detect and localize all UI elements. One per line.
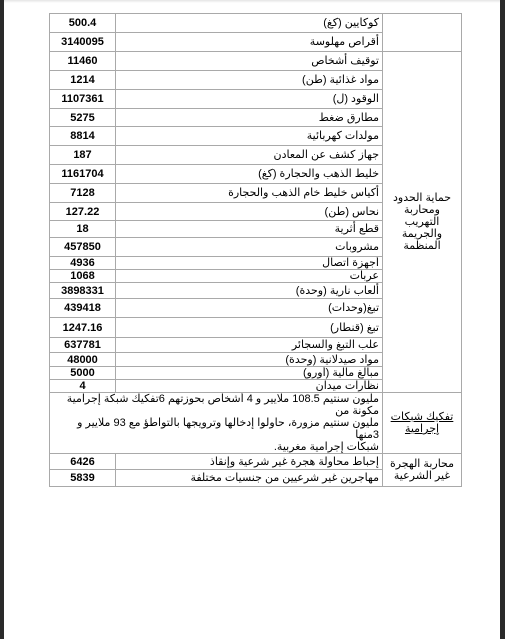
item-value: 48000	[50, 353, 116, 367]
item-value: 439418	[50, 299, 116, 318]
item-value: 1214	[50, 71, 116, 90]
item-value: 1107361	[50, 90, 116, 109]
item-value: 5000	[50, 367, 116, 380]
item-label: علب التبغ والسجائر	[116, 338, 383, 353]
category-cell	[383, 14, 462, 52]
item-value: 4936	[50, 257, 116, 270]
item-label: قطع أثرية	[116, 221, 383, 238]
item-value: 18	[50, 221, 116, 238]
category-label: حماية الحدود ومحاربة التهريب والجريمة ال…	[393, 192, 451, 252]
item-value: 7128	[50, 184, 116, 203]
item-value: 5839	[50, 470, 116, 487]
item-label: أقراص مهلوسة	[116, 33, 383, 52]
description-line: مليون سنتيم مزورة، حاولوا إدخالها وترويج…	[53, 417, 379, 441]
item-value: 127.22	[50, 203, 116, 221]
item-label: مواد صيدلانية (وحدة)	[116, 353, 383, 367]
item-label: جهاز كشف عن المعادن	[116, 146, 383, 165]
item-label: أكياس خليط خام الذهب والحجارة	[116, 184, 383, 203]
item-value: 3898331	[50, 283, 116, 299]
item-value: 1068	[50, 270, 116, 283]
item-value: 11460	[50, 52, 116, 71]
category-label: محاربة الهجرة غير الشرعية	[390, 458, 454, 482]
item-label: مشروبات	[116, 238, 383, 257]
item-label: عربات	[116, 270, 383, 283]
item-value: 4	[50, 380, 116, 393]
table-row: محاربة الهجرة غير الشرعيةإحباط محاولة هج…	[50, 454, 462, 470]
category-cell: حماية الحدود ومحاربة التهريب والجريمة ال…	[383, 52, 462, 393]
network-dismantling-description: مليون سنتيم 108.5 ملايير و 4 أشخاص بحوزت…	[50, 393, 383, 454]
item-label: مطارق ضغط	[116, 109, 383, 127]
item-label: مواد غذائية (طن)	[116, 71, 383, 90]
table-row: حماية الحدود ومحاربة التهريب والجريمة ال…	[50, 52, 462, 71]
item-value: 5275	[50, 109, 116, 127]
item-label: إحباط محاولة هجرة غير شرعية وإنقاذ	[116, 454, 383, 470]
item-value: 8814	[50, 127, 116, 146]
item-label: تبغ (قنطار)	[116, 318, 383, 338]
category-cell: محاربة الهجرة غير الشرعية	[383, 454, 462, 487]
item-value: 1247.16	[50, 318, 116, 338]
item-value: 3140095	[50, 33, 116, 52]
item-value: 1161704	[50, 165, 116, 184]
item-value: 6426	[50, 454, 116, 470]
document-viewer: كوكايين (كغ)500.4أقراص مهلوسة3140095حماي…	[0, 0, 505, 639]
description-line: مليون سنتيم 108.5 ملايير و 4 أشخاص بحوزت…	[53, 393, 379, 417]
right-window-edge	[500, 0, 505, 639]
table-row: كوكايين (كغ)500.4	[50, 14, 462, 33]
item-label: مبالغ مالية (أورو)	[116, 367, 383, 380]
item-label: خليط الذهب والحجارة (كغ)	[116, 165, 383, 184]
page-top-shadow	[4, 0, 500, 3]
item-label: ألعاب نارية (وحدة)	[116, 283, 383, 299]
left-window-edge	[0, 0, 4, 639]
category-cell: تفكيك شبكات إجرامية	[383, 393, 462, 454]
item-value: 500.4	[50, 14, 116, 33]
item-label: كوكايين (كغ)	[116, 14, 383, 33]
item-label: أجهزة اتصال	[116, 257, 383, 270]
item-label: نظارات ميدان	[116, 380, 383, 393]
item-value: 637781	[50, 338, 116, 353]
item-label: الوقود (ل)	[116, 90, 383, 109]
category-label: تفكيك شبكات إجرامية	[391, 411, 454, 435]
description-line: شبكات إجرامية مغربية.	[53, 441, 379, 453]
statistics-table: كوكايين (كغ)500.4أقراص مهلوسة3140095حماي…	[49, 13, 462, 487]
item-label: تبغ(وحدات)	[116, 299, 383, 318]
item-label: مهاجرين غير شرعيين من جنسيات مختلفة	[116, 470, 383, 487]
item-value: 457850	[50, 238, 116, 257]
item-label: نحاس (طن)	[116, 203, 383, 221]
item-label: مولدات كهربائية	[116, 127, 383, 146]
item-label: توقيف أشخاص	[116, 52, 383, 71]
item-value: 187	[50, 146, 116, 165]
table-row: تفكيك شبكات إجراميةمليون سنتيم 108.5 ملا…	[50, 393, 462, 454]
